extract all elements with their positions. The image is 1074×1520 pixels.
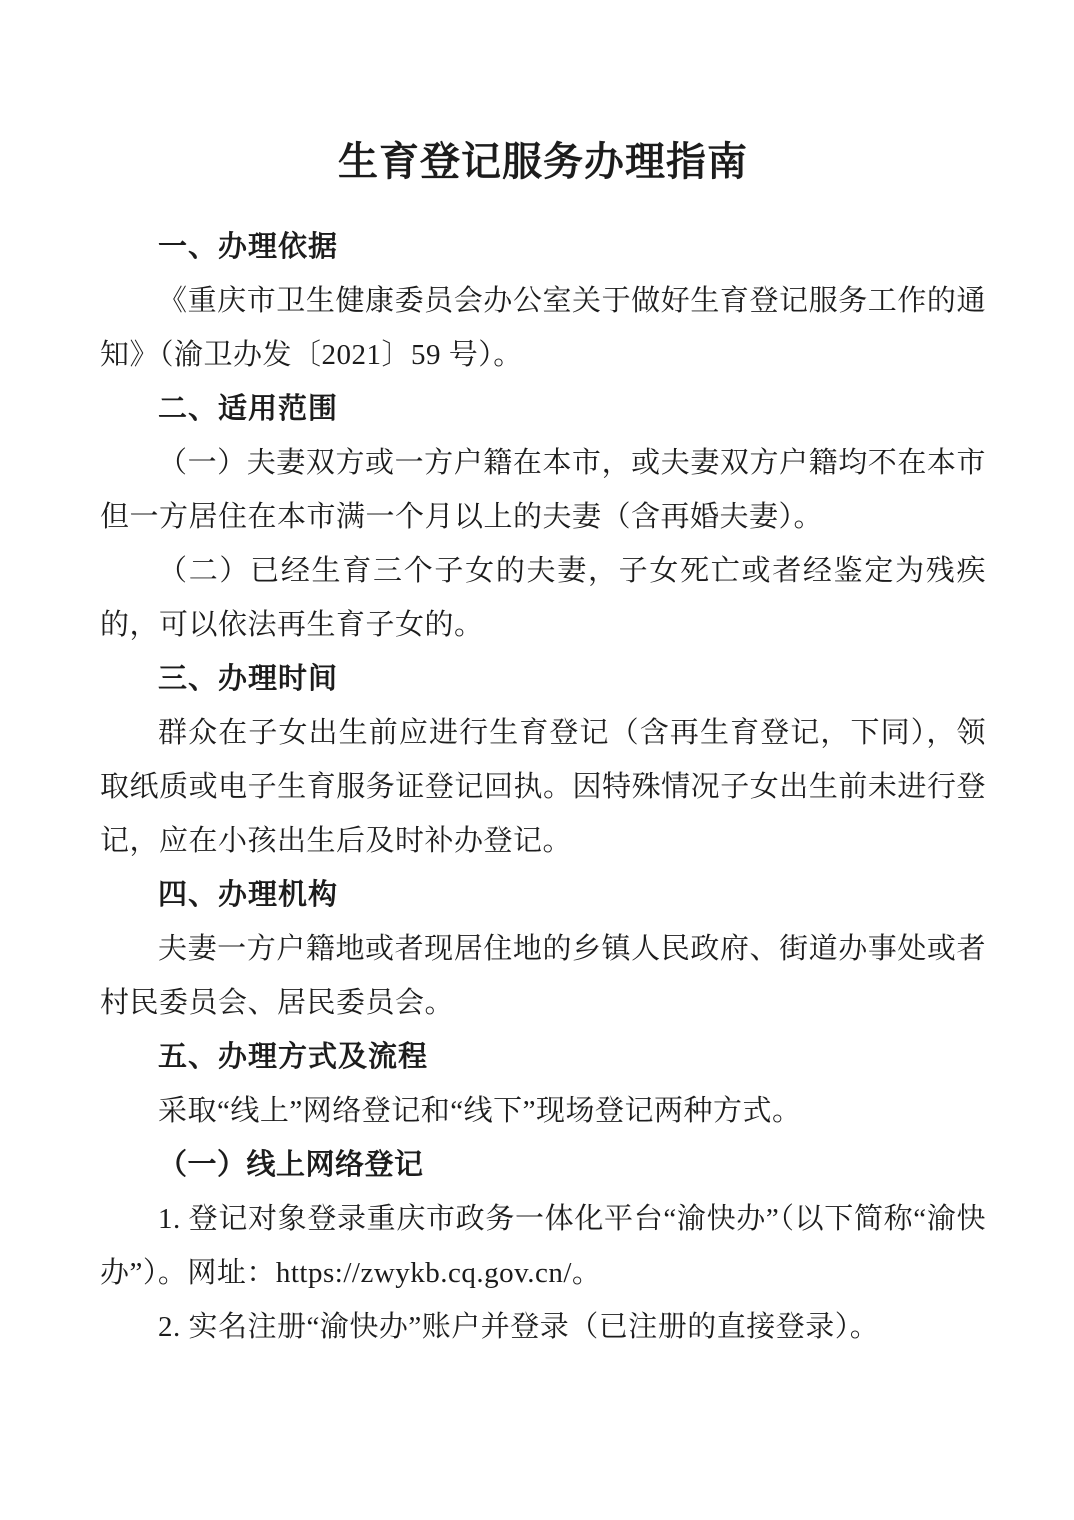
paragraph-legal-basis: 《重庆市卫生健康委员会办公室关于做好生育登记服务工作的通知》（渝卫办发〔2021… [100,274,986,382]
paragraph-methods-intro: 采取“线上”网络登记和“线下”现场登记两种方式。 [100,1084,986,1138]
paragraph-time: 群众在子女出生前应进行生育登记（含再生育登记，下同），领取纸质或电子生育服务证登… [100,706,986,868]
paragraph-scope-item-2: （二）已经生育三个子女的夫妻，子女死亡或者经鉴定为残疾的，可以依法再生育子女的。 [100,544,986,652]
section-methods: 五、办理方式及流程 采取“线上”网络登记和“线下”现场登记两种方式。 （一）线上… [100,1030,986,1354]
paragraph-online-step-2: 2. 实名注册“渝快办”账户并登录（已注册的直接登录）。 [100,1300,986,1354]
section-heading-5: 五、办理方式及流程 [100,1030,986,1084]
sub-heading-online-registration: （一）线上网络登记 [100,1138,986,1192]
doc-title: 生育登记服务办理指南 [100,132,986,192]
paragraph-scope-item-1: （一）夫妻双方或一方户籍在本市，或夫妻双方户籍均不在本市但一方居住在本市满一个月… [100,436,986,544]
document-page: 生育登记服务办理指南 一、办理依据 《重庆市卫生健康委员会办公室关于做好生育登记… [0,0,1074,1520]
section-heading-3: 三、办理时间 [100,652,986,706]
section-agency: 四、办理机构 夫妻一方户籍地或者现居住地的乡镇人民政府、街道办事处或者村民委员会… [100,868,986,1030]
paragraph-online-step-1: 1. 登记对象登录重庆市政务一体化平台“渝快办”（以下简称“渝快办”）。网址：h… [100,1192,986,1300]
section-time: 三、办理时间 群众在子女出生前应进行生育登记（含再生育登记，下同），领取纸质或电… [100,652,986,868]
section-heading-1: 一、办理依据 [100,220,986,274]
section-legal-basis: 一、办理依据 《重庆市卫生健康委员会办公室关于做好生育登记服务工作的通知》（渝卫… [100,220,986,382]
paragraph-agency: 夫妻一方户籍地或者现居住地的乡镇人民政府、街道办事处或者村民委员会、居民委员会。 [100,922,986,1030]
section-heading-4: 四、办理机构 [100,868,986,922]
section-heading-2: 二、适用范围 [100,382,986,436]
section-scope: 二、适用范围 （一）夫妻双方或一方户籍在本市，或夫妻双方户籍均不在本市但一方居住… [100,382,986,652]
